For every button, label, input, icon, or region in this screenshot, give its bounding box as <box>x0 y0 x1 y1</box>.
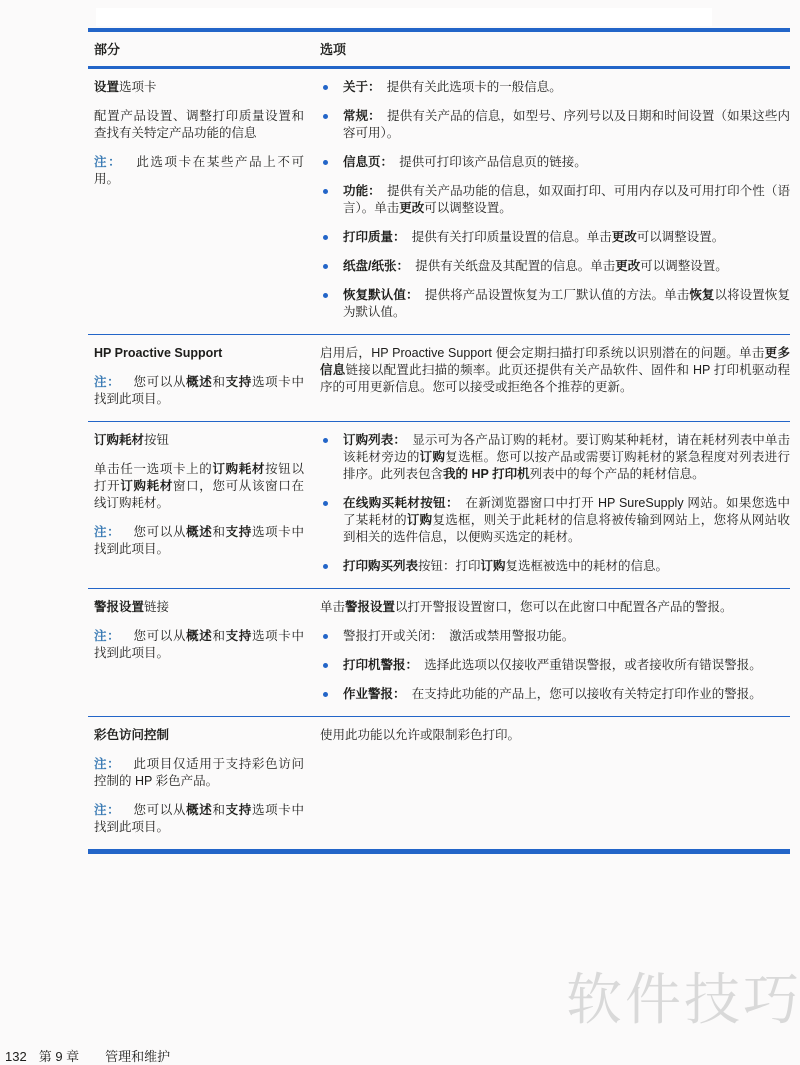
bold-term: 概述 <box>186 629 212 643</box>
text-run: 选择此选项以仅接收严重错误警报，或者接收所有错误警报。 <box>418 658 762 672</box>
bold-term: 更改 <box>615 259 640 273</box>
bold-term: 设置 <box>94 80 119 94</box>
bullet-text: 打印购买列表按钮：打印订购复选框被选中的耗材的信息。 <box>343 558 790 575</box>
text-run: 和 <box>212 525 225 539</box>
bullet-icon <box>320 154 343 171</box>
watermark-text: 软件技巧 <box>566 966 800 1033</box>
bold-term: 我的 HP 打印机 <box>443 467 530 481</box>
bold-term: 概述 <box>186 375 212 389</box>
text-run: 配置产品设置、调整打印质量设置和查找有关特定产品功能的信息 <box>94 109 304 140</box>
note-label: 注： <box>94 525 120 539</box>
bold-term: 打印机警报： <box>343 658 418 672</box>
text-run: 警报打开或关闭： 激活或禁用警报功能。 <box>343 629 574 643</box>
bullet-text: 常规： 提供有关产品的信息，如型号、序列号以及日期和时间设置（如果这些内容可用）… <box>343 108 790 142</box>
bullet-text: 打印机警报： 选择此选项以仅接收严重错误警报，或者接收所有错误警报。 <box>343 657 790 674</box>
text-run: 启用后，HP Proactive Support 便会定期扫描打印系统以识别潜在… <box>320 346 765 360</box>
header-part: 部分 <box>88 41 320 58</box>
text-run: 以打开警报设置窗口，您可以在此窗口中配置各产品的警报。 <box>395 600 733 614</box>
paragraph: 警报设置链接 <box>94 599 304 616</box>
bullet-icon <box>320 686 343 703</box>
bold-term: 恢复默认值： <box>343 288 419 302</box>
text-run: 您可以从 <box>120 803 186 817</box>
bold-term: HP Proactive Support <box>94 346 222 360</box>
part-cell: 彩色访问控制注： 此项目仅适用于支持彩色访问控制的 HP 彩色产品。注： 您可以… <box>88 717 320 849</box>
paragraph: 使用此功能以允许或限制彩色打印。 <box>320 727 790 744</box>
text-run: 复选框被选中的耗材的信息。 <box>506 559 669 573</box>
table-row: HP Proactive Support注： 您可以从概述和支持选项卡中找到此项… <box>88 334 790 421</box>
note-label: 注： <box>94 375 120 389</box>
bold-term: 警报设置 <box>345 600 395 614</box>
bullet-item: 作业警报： 在支持此功能的产品上，您可以接收有关特定打印作业的警报。 <box>320 686 790 703</box>
bullet-icon <box>320 183 343 217</box>
note-paragraph: 注： 您可以从概述和支持选项卡中找到此项目。 <box>94 524 304 558</box>
text-run: 链接 <box>144 600 169 614</box>
table-bottom-rule <box>88 849 790 854</box>
bullet-item: 打印购买列表按钮：打印订购复选框被选中的耗材的信息。 <box>320 558 790 575</box>
paragraph: 彩色访问控制 <box>94 727 304 744</box>
bold-term: 概述 <box>186 525 212 539</box>
options-cell: 关于： 提供有关此选项卡的一般信息。常规： 提供有关产品的信息，如型号、序列号以… <box>320 69 790 334</box>
bold-term: 支持 <box>226 375 252 389</box>
part-cell: HP Proactive Support注： 您可以从概述和支持选项卡中找到此项… <box>88 335 320 421</box>
bold-term: 订购耗材 <box>120 479 173 493</box>
bullet-item: 恢复默认值： 提供将产品设置恢复为工厂默认值的方法。单击恢复以将设置恢复为默认值… <box>320 287 790 321</box>
table-body: 设置选项卡配置产品设置、调整打印质量设置和查找有关特定产品功能的信息注： 此选项… <box>88 69 790 849</box>
bold-term: 更改 <box>612 230 637 244</box>
bold-term: 关于： <box>343 80 381 94</box>
page-footer: 132第 9 章管理和维护 <box>5 1046 170 1065</box>
bullet-icon <box>320 108 343 142</box>
bullet-icon <box>320 495 343 546</box>
bold-term: 支持 <box>226 803 252 817</box>
header-options: 选项 <box>320 41 790 58</box>
bold-term: 信息页： <box>343 155 393 169</box>
text-run: 您可以从 <box>120 525 186 539</box>
bullet-icon <box>320 432 343 483</box>
bullet-list: 订购列表： 显示可为各产品订购的耗材。要订购某种耗材，请在耗材列表中单击该耗材旁… <box>320 432 790 575</box>
text-run: 此选项卡在某些产品上不可用。 <box>94 155 304 186</box>
text-run: 单击 <box>320 600 345 614</box>
bullet-item: 打印质量： 提供有关打印质量设置的信息。单击更改可以调整设置。 <box>320 229 790 246</box>
options-cell: 启用后，HP Proactive Support 便会定期扫描打印系统以识别潜在… <box>320 335 790 421</box>
bold-term: 订购 <box>481 559 506 573</box>
text-run: 按钮：打印 <box>418 559 481 573</box>
bold-term: 在线购买耗材按钮： <box>343 496 459 510</box>
bullet-text: 纸盘/纸张： 提供有关纸盘及其配置的信息。单击更改可以调整设置。 <box>343 258 790 275</box>
bullet-icon <box>320 628 343 645</box>
text-run: 和 <box>212 629 225 643</box>
bold-term: 订购耗材 <box>212 462 265 476</box>
paragraph: 单击警报设置以打开警报设置窗口，您可以在此窗口中配置各产品的警报。 <box>320 599 790 616</box>
bullet-item: 订购列表： 显示可为各产品订购的耗材。要订购某种耗材，请在耗材列表中单击该耗材旁… <box>320 432 790 483</box>
options-cell: 使用此功能以允许或限制彩色打印。 <box>320 717 790 849</box>
bullet-text: 功能： 提供有关产品功能的信息，如双面打印、可用内存以及可用打印个性（语言）。单… <box>343 183 790 217</box>
part-cell: 订购耗材按钮单击任一选项卡上的订购耗材按钮以打开订购耗材窗口，您可从该窗口在线订… <box>88 422 320 588</box>
table-row: 彩色访问控制注： 此项目仅适用于支持彩色访问控制的 HP 彩色产品。注： 您可以… <box>88 716 790 849</box>
options-cell: 订购列表： 显示可为各产品订购的耗材。要订购某种耗材，请在耗材列表中单击该耗材旁… <box>320 422 790 588</box>
bullet-item: 纸盘/纸张： 提供有关纸盘及其配置的信息。单击更改可以调整设置。 <box>320 258 790 275</box>
bold-term: 打印质量： <box>343 230 406 244</box>
table-row: 警报设置链接注： 您可以从概述和支持选项卡中找到此项目。单击警报设置以打开警报设… <box>88 588 790 716</box>
text-run: 列表中的每个产品的耗材信息。 <box>530 467 705 481</box>
bold-term: 恢复 <box>689 288 714 302</box>
text-run: 提供有关此选项卡的一般信息。 <box>381 80 562 94</box>
note-label: 注： <box>94 757 120 771</box>
bullet-text: 打印质量： 提供有关打印质量设置的信息。单击更改可以调整设置。 <box>343 229 790 246</box>
bullet-text: 作业警报： 在支持此功能的产品上，您可以接收有关特定打印作业的警报。 <box>343 686 790 703</box>
bullet-text: 关于： 提供有关此选项卡的一般信息。 <box>343 79 790 96</box>
note-label: 注： <box>94 629 120 643</box>
text-run: 您可以从 <box>120 375 186 389</box>
bullet-item: 打印机警报： 选择此选项以仅接收严重错误警报，或者接收所有错误警报。 <box>320 657 790 674</box>
text-run: 和 <box>212 375 225 389</box>
text-run: 提供有关产品的信息，如型号、序列号以及日期和时间设置（如果这些内容可用）。 <box>343 109 790 140</box>
bold-term: 功能： <box>343 184 381 198</box>
bullet-list: 关于： 提供有关此选项卡的一般信息。常规： 提供有关产品的信息，如型号、序列号以… <box>320 79 790 321</box>
bold-term: 作业警报： <box>343 687 406 701</box>
text-run: 此项目仅适用于支持彩色访问控制的 HP 彩色产品。 <box>94 757 304 788</box>
paragraph: 设置选项卡 <box>94 79 304 96</box>
text-run: 使用此功能以允许或限制彩色打印。 <box>320 728 520 742</box>
bold-term: 订购列表： <box>343 433 406 447</box>
footer-chapter: 第 9 章 <box>39 1049 79 1064</box>
bullet-icon <box>320 287 343 321</box>
bullet-item: 信息页： 提供可打印该产品信息页的链接。 <box>320 154 790 171</box>
text-run: 提供有关打印质量设置的信息。单击 <box>406 230 612 244</box>
table-row: 订购耗材按钮单击任一选项卡上的订购耗材按钮以打开订购耗材窗口，您可从该窗口在线订… <box>88 421 790 588</box>
text-run: 在支持此功能的产品上，您可以接收有关特定打印作业的警报。 <box>406 687 762 701</box>
bullet-text: 信息页： 提供可打印该产品信息页的链接。 <box>343 154 790 171</box>
table-header-row: 部分 选项 <box>88 32 790 66</box>
text-run: 按钮 <box>144 433 169 447</box>
bold-term: 订购 <box>420 450 446 464</box>
text-run: 单击任一选项卡上的 <box>94 462 212 476</box>
paragraph: 启用后，HP Proactive Support 便会定期扫描打印系统以识别潜在… <box>320 345 790 396</box>
bullet-text: 警报打开或关闭： 激活或禁用警报功能。 <box>343 628 790 645</box>
text-run: 可以调整设置。 <box>640 259 728 273</box>
bullet-icon <box>320 258 343 275</box>
note-label: 注： <box>94 155 122 169</box>
paragraph: 单击任一选项卡上的订购耗材按钮以打开订购耗材窗口，您可从该窗口在线订购耗材。 <box>94 461 304 512</box>
text-run: 提供有关纸盘及其配置的信息。单击 <box>409 259 615 273</box>
note-paragraph: 注： 您可以从概述和支持选项卡中找到此项目。 <box>94 802 304 836</box>
paragraph: 配置产品设置、调整打印质量设置和查找有关特定产品功能的信息 <box>94 108 304 142</box>
text-run: 和 <box>212 803 225 817</box>
bold-term: 常规： <box>343 109 381 123</box>
page-top-strip <box>96 8 712 26</box>
paragraph: HP Proactive Support <box>94 345 304 362</box>
paragraph: 订购耗材按钮 <box>94 432 304 449</box>
options-table: 部分 选项 设置选项卡配置产品设置、调整打印质量设置和查找有关特定产品功能的信息… <box>88 28 790 854</box>
bold-term: 概述 <box>186 803 212 817</box>
text-run: 可以调整设置。 <box>637 230 725 244</box>
bold-term: 警报设置 <box>94 600 144 614</box>
bold-term: 订购 <box>407 513 433 527</box>
bold-term: 打印购买列表 <box>343 559 418 573</box>
document-page: { "page": { "colors": { "accent_blue": "… <box>0 0 800 1065</box>
text-run: 可以调整设置。 <box>424 201 512 215</box>
table-row: 设置选项卡配置产品设置、调整打印质量设置和查找有关特定产品功能的信息注： 此选项… <box>88 69 790 334</box>
text-run: 您可以从 <box>120 629 186 643</box>
bullet-icon <box>320 657 343 674</box>
text-run: 提供将产品设置恢复为工厂默认值的方法。单击 <box>419 288 690 302</box>
part-cell: 警报设置链接注： 您可以从概述和支持选项卡中找到此项目。 <box>88 589 320 716</box>
bullet-icon <box>320 79 343 96</box>
bullet-text: 恢复默认值： 提供将产品设置恢复为工厂默认值的方法。单击恢复以将设置恢复为默认值… <box>343 287 790 321</box>
note-paragraph: 注： 您可以从概述和支持选项卡中找到此项目。 <box>94 374 304 408</box>
footer-chapter-title: 管理和维护 <box>105 1049 170 1064</box>
footer-page-number: 132 <box>5 1049 27 1064</box>
note-paragraph: 注： 此项目仅适用于支持彩色访问控制的 HP 彩色产品。 <box>94 756 304 790</box>
options-cell: 单击警报设置以打开警报设置窗口，您可以在此窗口中配置各产品的警报。警报打开或关闭… <box>320 589 790 716</box>
note-paragraph: 注： 此选项卡在某些产品上不可用。 <box>94 154 304 188</box>
bullet-item: 常规： 提供有关产品的信息，如型号、序列号以及日期和时间设置（如果这些内容可用）… <box>320 108 790 142</box>
bullet-text: 订购列表： 显示可为各产品订购的耗材。要订购某种耗材，请在耗材列表中单击该耗材旁… <box>343 432 790 483</box>
bold-term: 更改 <box>399 201 424 215</box>
bold-term: 纸盘/纸张： <box>343 259 409 273</box>
bold-term: 彩色访问控制 <box>94 728 169 742</box>
bold-term: 支持 <box>226 629 252 643</box>
part-cell: 设置选项卡配置产品设置、调整打印质量设置和查找有关特定产品功能的信息注： 此选项… <box>88 69 320 334</box>
text-run: 选项卡 <box>119 80 157 94</box>
bullet-icon <box>320 558 343 575</box>
bullet-icon <box>320 229 343 246</box>
text-run: 链接以配置此扫描的频率。此页还提供有关产品软件、固件和 HP 打印机驱动程序的可… <box>320 363 790 394</box>
bold-term: 支持 <box>226 525 252 539</box>
bullet-text: 在线购买耗材按钮： 在新浏览器窗口中打开 HP SureSupply 网站。如果… <box>343 495 790 546</box>
bold-term: 订购耗材 <box>94 433 144 447</box>
bullet-item: 关于： 提供有关此选项卡的一般信息。 <box>320 79 790 96</box>
note-paragraph: 注： 您可以从概述和支持选项卡中找到此项目。 <box>94 628 304 662</box>
bullet-item: 警报打开或关闭： 激活或禁用警报功能。 <box>320 628 790 645</box>
bullet-item: 功能： 提供有关产品功能的信息，如双面打印、可用内存以及可用打印个性（语言）。单… <box>320 183 790 217</box>
bullet-list: 警报打开或关闭： 激活或禁用警报功能。打印机警报： 选择此选项以仅接收严重错误警… <box>320 628 790 703</box>
note-label: 注： <box>94 803 120 817</box>
bullet-item: 在线购买耗材按钮： 在新浏览器窗口中打开 HP SureSupply 网站。如果… <box>320 495 790 546</box>
text-run: 提供可打印该产品信息页的链接。 <box>393 155 587 169</box>
